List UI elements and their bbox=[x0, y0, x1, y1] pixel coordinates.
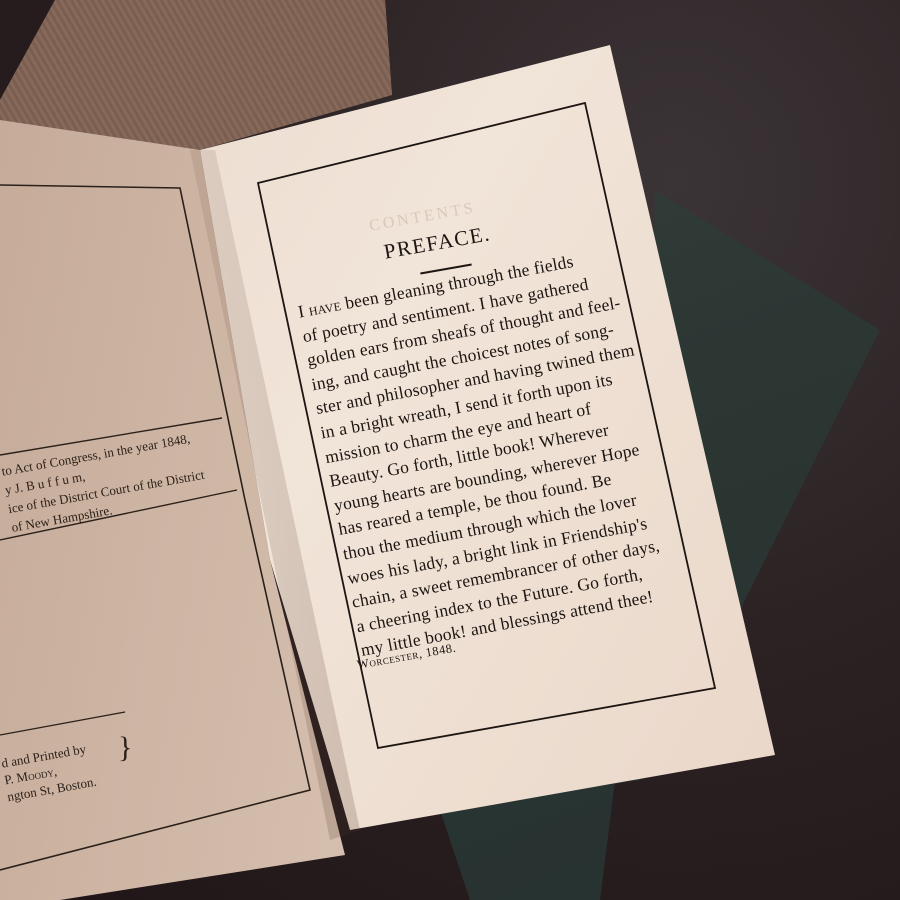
preface-body: I have been gleaning through the fields … bbox=[296, 241, 681, 663]
